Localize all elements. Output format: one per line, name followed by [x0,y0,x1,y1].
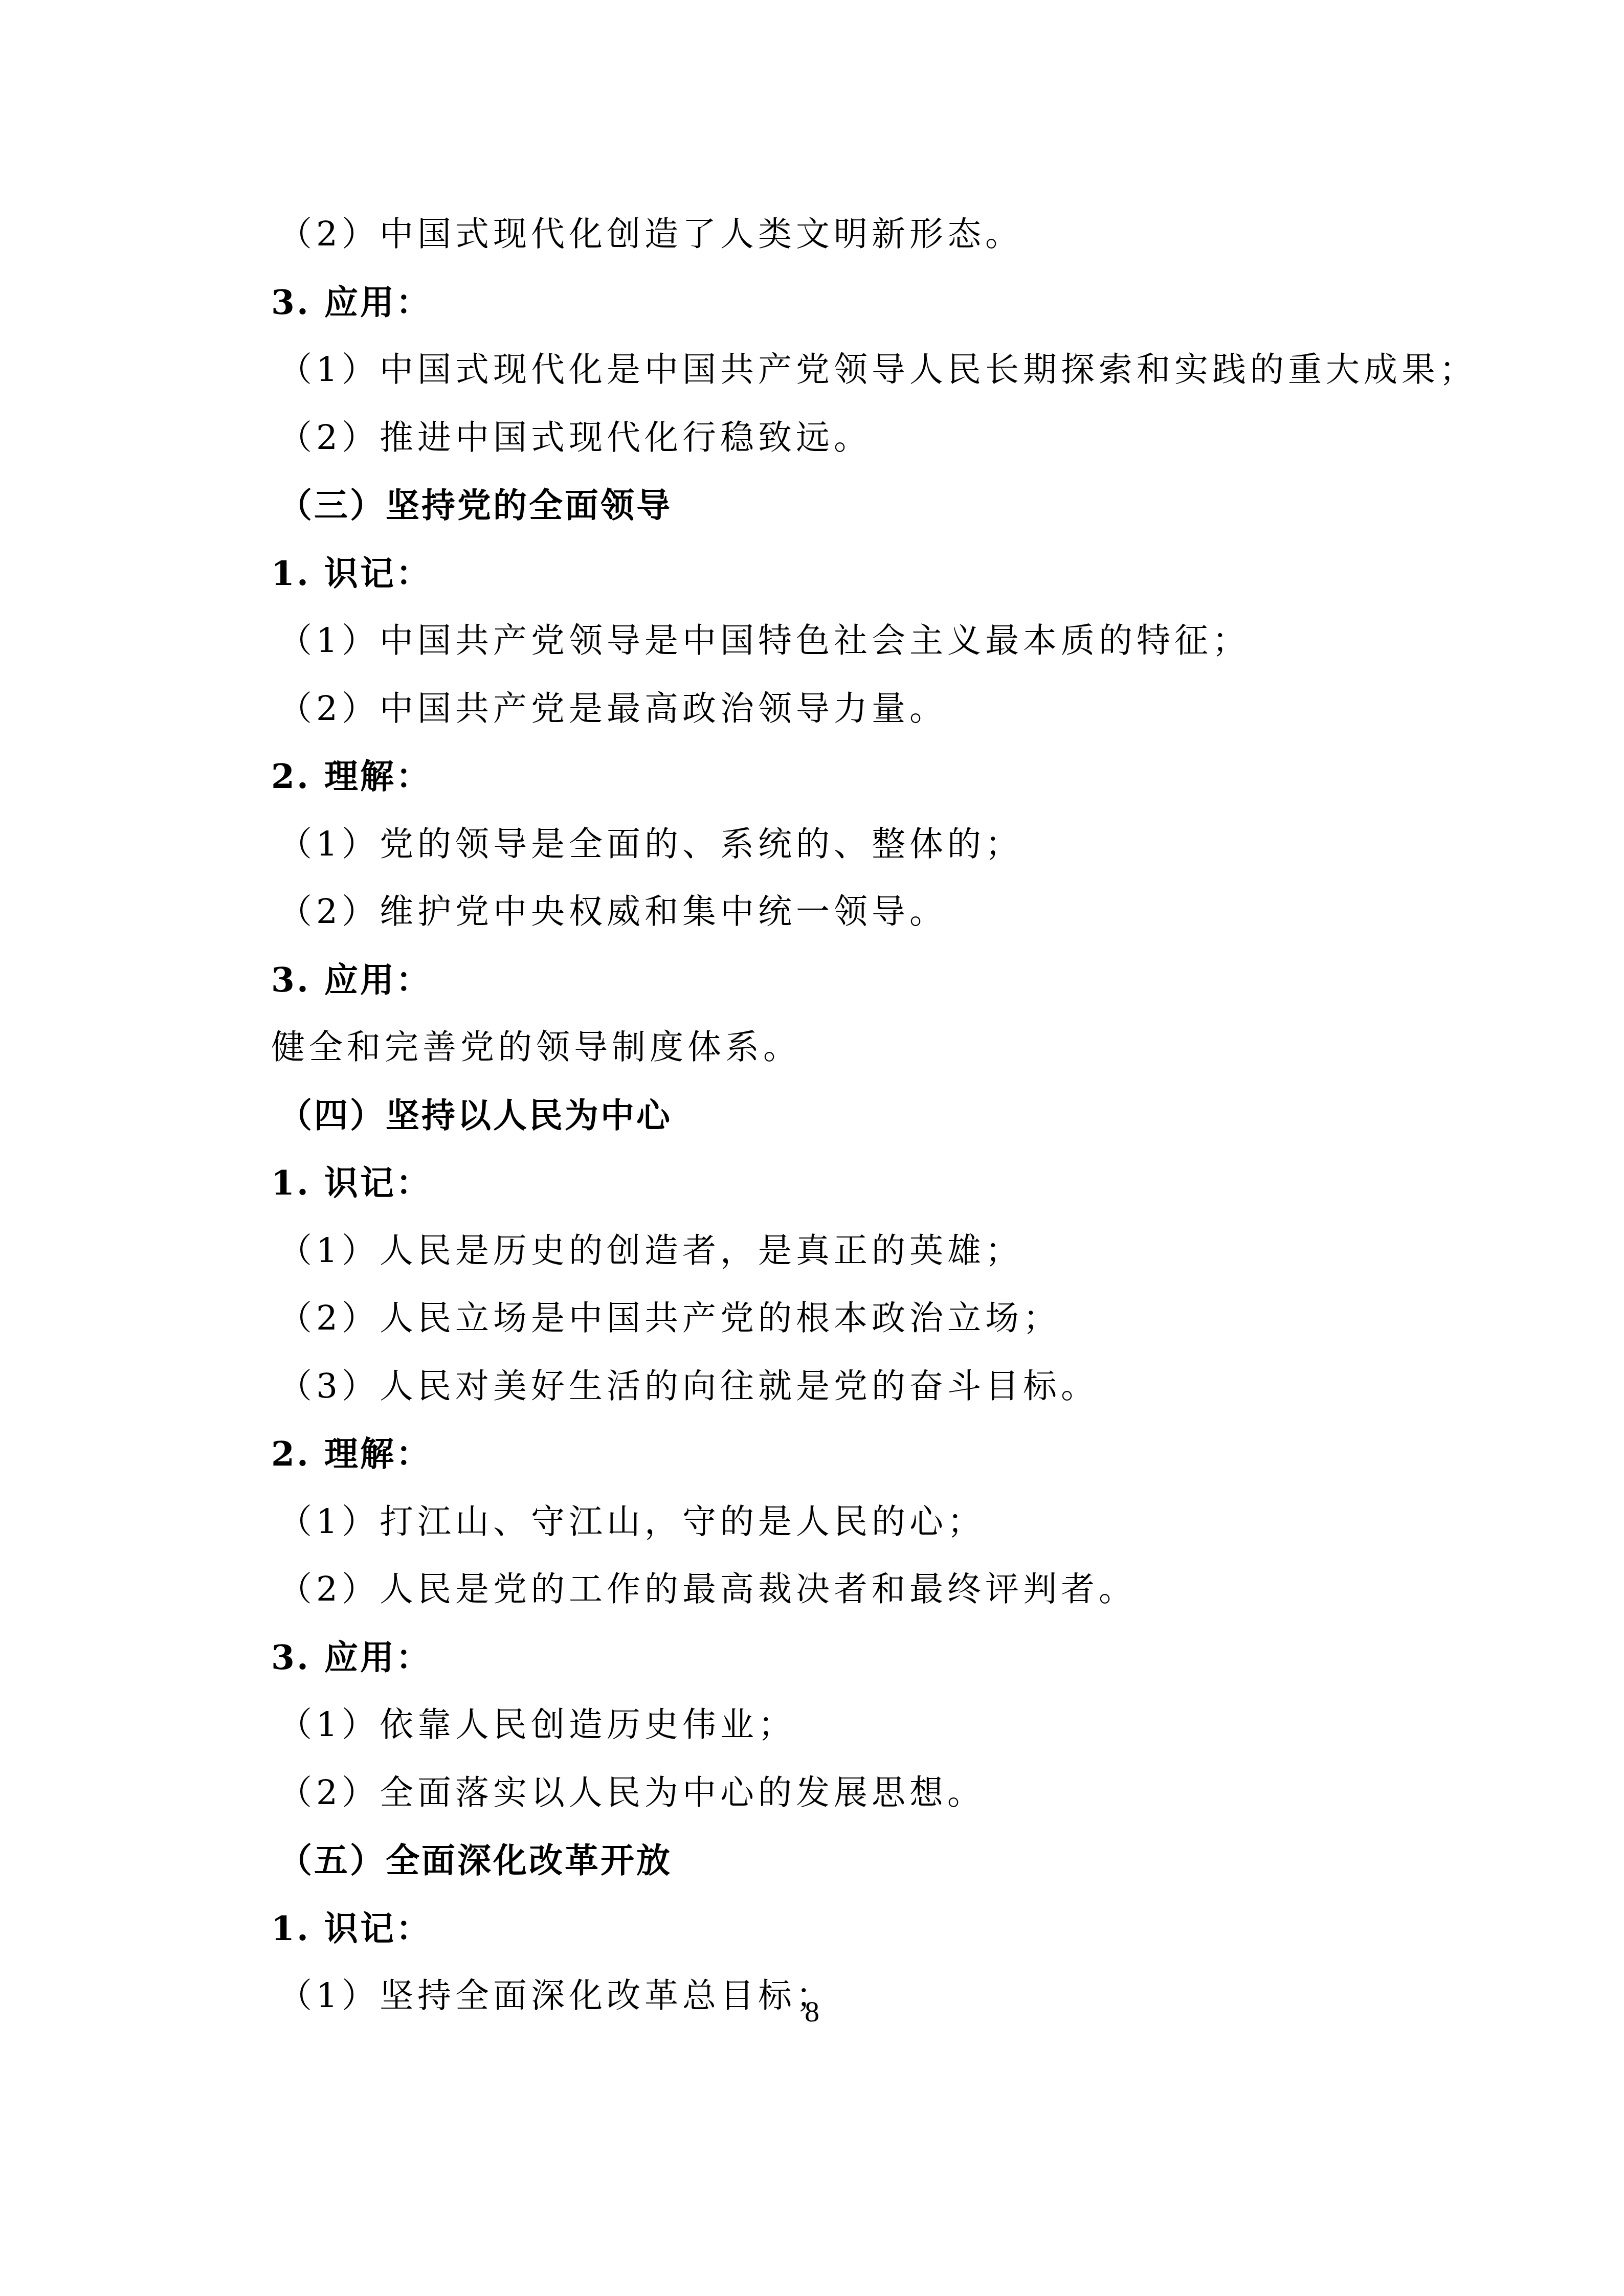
list-item: （2）维护党中央权威和集中统一领导。 [271,878,1488,946]
list-item: （1）打江山、守江山，守的是人民的心； [271,1488,1488,1556]
subheading-application: 3. 应用： [271,1624,1488,1692]
list-item: （2）人民立场是中国共产党的根本政治立场； [271,1285,1488,1353]
list-item: （1）依靠人民创造历史伟业； [271,1691,1488,1759]
subheading-memorize: 1. 识记： [271,539,1488,607]
subheading-memorize: 1. 识记： [271,1895,1488,1963]
section-heading-3: （三）坚持党的全面领导 [271,471,1488,539]
document-body: （2）中国式现代化创造了人类文明新形态。 3. 应用： （1）中国式现代化是中国… [271,200,1488,2030]
subheading-memorize: 1. 识记： [271,1149,1488,1217]
subheading-understand: 2. 理解： [271,742,1488,811]
list-item: （2）人民是党的工作的最高裁决者和最终评判者。 [271,1556,1488,1624]
list-item: （1）人民是历史的创造者，是真正的英雄； [271,1217,1488,1285]
list-item: （2）中国式现代化创造了人类文明新形态。 [271,200,1488,268]
list-item: （1）党的领导是全面的、系统的、整体的； [271,811,1488,879]
page-number: 8 [0,1994,1624,2029]
subheading-application: 3. 应用： [271,268,1488,336]
subheading-understand: 2. 理解： [271,1420,1488,1488]
list-item: （1）中国式现代化是中国共产党领导人民长期探索和实践的重大成果； [271,336,1488,404]
list-item: （2）全面落实以人民为中心的发展思想。 [271,1759,1488,1827]
section-heading-5: （五）全面深化改革开放 [271,1827,1488,1895]
list-item: （1）中国共产党领导是中国特色社会主义最本质的特征； [271,607,1488,675]
paragraph: 健全和完善党的领导制度体系。 [271,1014,1488,1082]
list-item: （3）人民对美好生活的向往就是党的奋斗目标。 [271,1353,1488,1421]
list-item: （2）中国共产党是最高政治领导力量。 [271,675,1488,743]
subheading-application: 3. 应用： [271,946,1488,1014]
list-item: （2）推进中国式现代化行稳致远。 [271,404,1488,472]
section-heading-4: （四）坚持以人民为中心 [271,1082,1488,1150]
